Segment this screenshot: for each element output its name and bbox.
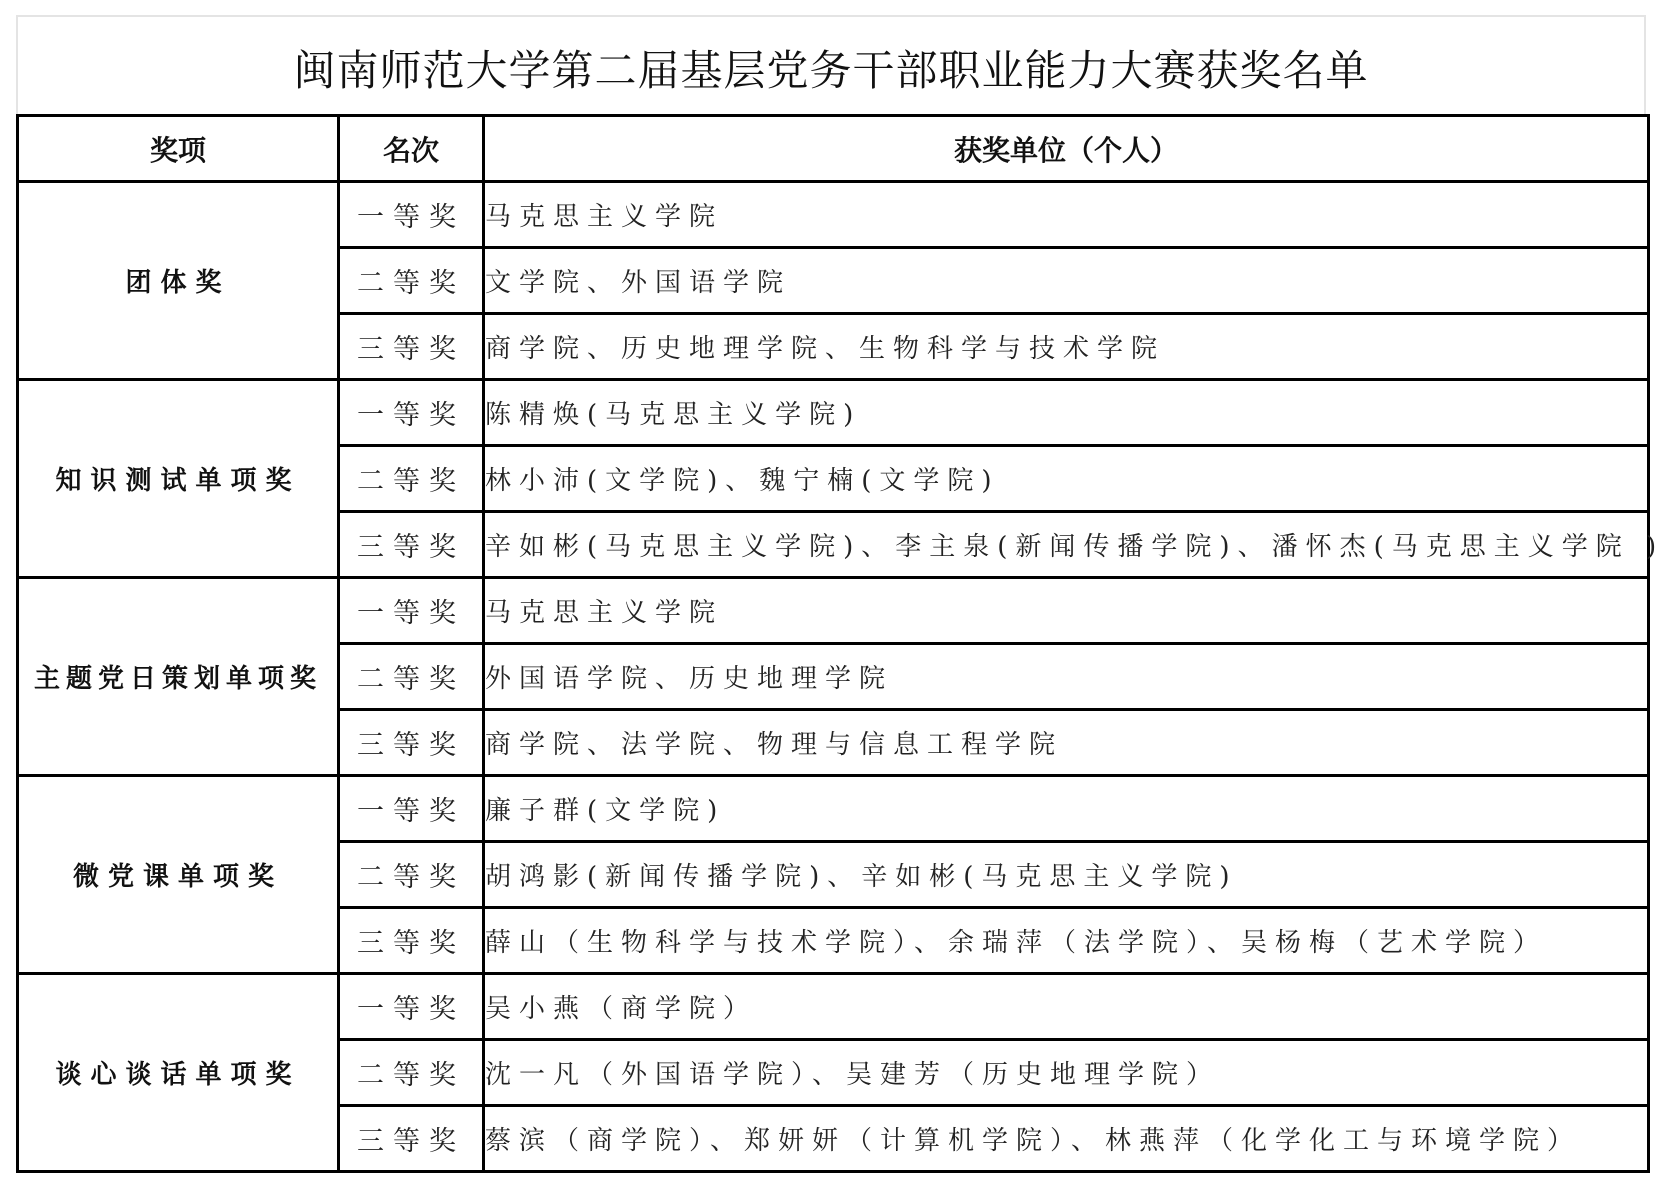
header-award-category: 奖项 bbox=[18, 116, 339, 182]
rank-cell: 二等奖 bbox=[339, 644, 484, 710]
document-title: 闽南师范大学第二届基层党务干部职业能力大赛获奖名单 bbox=[293, 38, 1368, 98]
winners-cell: 文学院、外国语学院 bbox=[484, 248, 1649, 314]
header-rank: 名次 bbox=[339, 116, 484, 182]
rank-cell: 三等奖 bbox=[339, 1106, 484, 1172]
award-category: 团体奖 bbox=[18, 182, 339, 380]
award-category: 知识测试单项奖 bbox=[18, 380, 339, 578]
award-category: 谈心谈话单项奖 bbox=[18, 974, 339, 1172]
winners-cell: 薛山（生物科学与技术学院）、余瑞萍（法学院）、吴杨梅（艺术学院） bbox=[484, 908, 1649, 974]
rank-cell: 一等奖 bbox=[339, 776, 484, 842]
rank-cell: 一等奖 bbox=[339, 380, 484, 446]
winners-cell: 林小沛(文学院)、魏宁楠(文学院) bbox=[484, 446, 1649, 512]
winners-cell: 廉子群(文学院) bbox=[484, 776, 1649, 842]
table-row: 团体奖 一等奖 马克思主义学院 bbox=[18, 182, 1649, 248]
winners-cell: 马克思主义学院 bbox=[484, 578, 1649, 644]
rank-cell: 一等奖 bbox=[339, 578, 484, 644]
rank-cell: 二等奖 bbox=[339, 1040, 484, 1106]
winners-cell: 蔡滨（商学院）、郑妍妍（计算机学院）、林燕萍（化学化工与环境学院） bbox=[484, 1106, 1649, 1172]
winners-cell: 吴小燕（商学院） bbox=[484, 974, 1649, 1040]
winners-cell: 外国语学院、历史地理学院 bbox=[484, 644, 1649, 710]
winners-cell: 商学院、法学院、物理与信息工程学院 bbox=[484, 710, 1649, 776]
winners-cell: 陈精焕(马克思主义学院) bbox=[484, 380, 1649, 446]
rank-cell: 三等奖 bbox=[339, 314, 484, 380]
rank-cell: 二等奖 bbox=[339, 446, 484, 512]
header-winners: 获奖单位（个人） bbox=[484, 116, 1649, 182]
award-category: 微党课单项奖 bbox=[18, 776, 339, 974]
rank-cell: 三等奖 bbox=[339, 512, 484, 578]
rank-cell: 三等奖 bbox=[339, 908, 484, 974]
table-row: 主题党日策划单项奖 一等奖 马克思主义学院 bbox=[18, 578, 1649, 644]
winners-cell: 沈一凡（外国语学院）、吴建芳（历史地理学院） bbox=[484, 1040, 1649, 1106]
winners-cell: 辛如彬(马克思主义学院)、李主泉(新闻传播学院)、潘怀杰(马克思主义学院 ) bbox=[484, 512, 1649, 578]
table-row: 微党课单项奖 一等奖 廉子群(文学院) bbox=[18, 776, 1649, 842]
winners-cell: 马克思主义学院 bbox=[484, 182, 1649, 248]
header-row: 奖项 名次 获奖单位（个人） bbox=[18, 116, 1649, 182]
rank-cell: 二等奖 bbox=[339, 842, 484, 908]
awards-table: 奖项 名次 获奖单位（个人） 团体奖 一等奖 马克思主义学院 二等奖 文学院、外… bbox=[16, 114, 1650, 1173]
rank-cell: 三等奖 bbox=[339, 710, 484, 776]
title-box: 闽南师范大学第二届基层党务干部职业能力大赛获奖名单 bbox=[16, 15, 1646, 114]
rank-cell: 一等奖 bbox=[339, 974, 484, 1040]
rank-cell: 二等奖 bbox=[339, 248, 484, 314]
table-row: 知识测试单项奖 一等奖 陈精焕(马克思主义学院) bbox=[18, 380, 1649, 446]
winners-cell: 商学院、历史地理学院、生物科学与技术学院 bbox=[484, 314, 1649, 380]
award-category: 主题党日策划单项奖 bbox=[18, 578, 339, 776]
table-row: 谈心谈话单项奖 一等奖 吴小燕（商学院） bbox=[18, 974, 1649, 1040]
winners-cell: 胡鸿影(新闻传播学院)、辛如彬(马克思主义学院) bbox=[484, 842, 1649, 908]
rank-cell: 一等奖 bbox=[339, 182, 484, 248]
